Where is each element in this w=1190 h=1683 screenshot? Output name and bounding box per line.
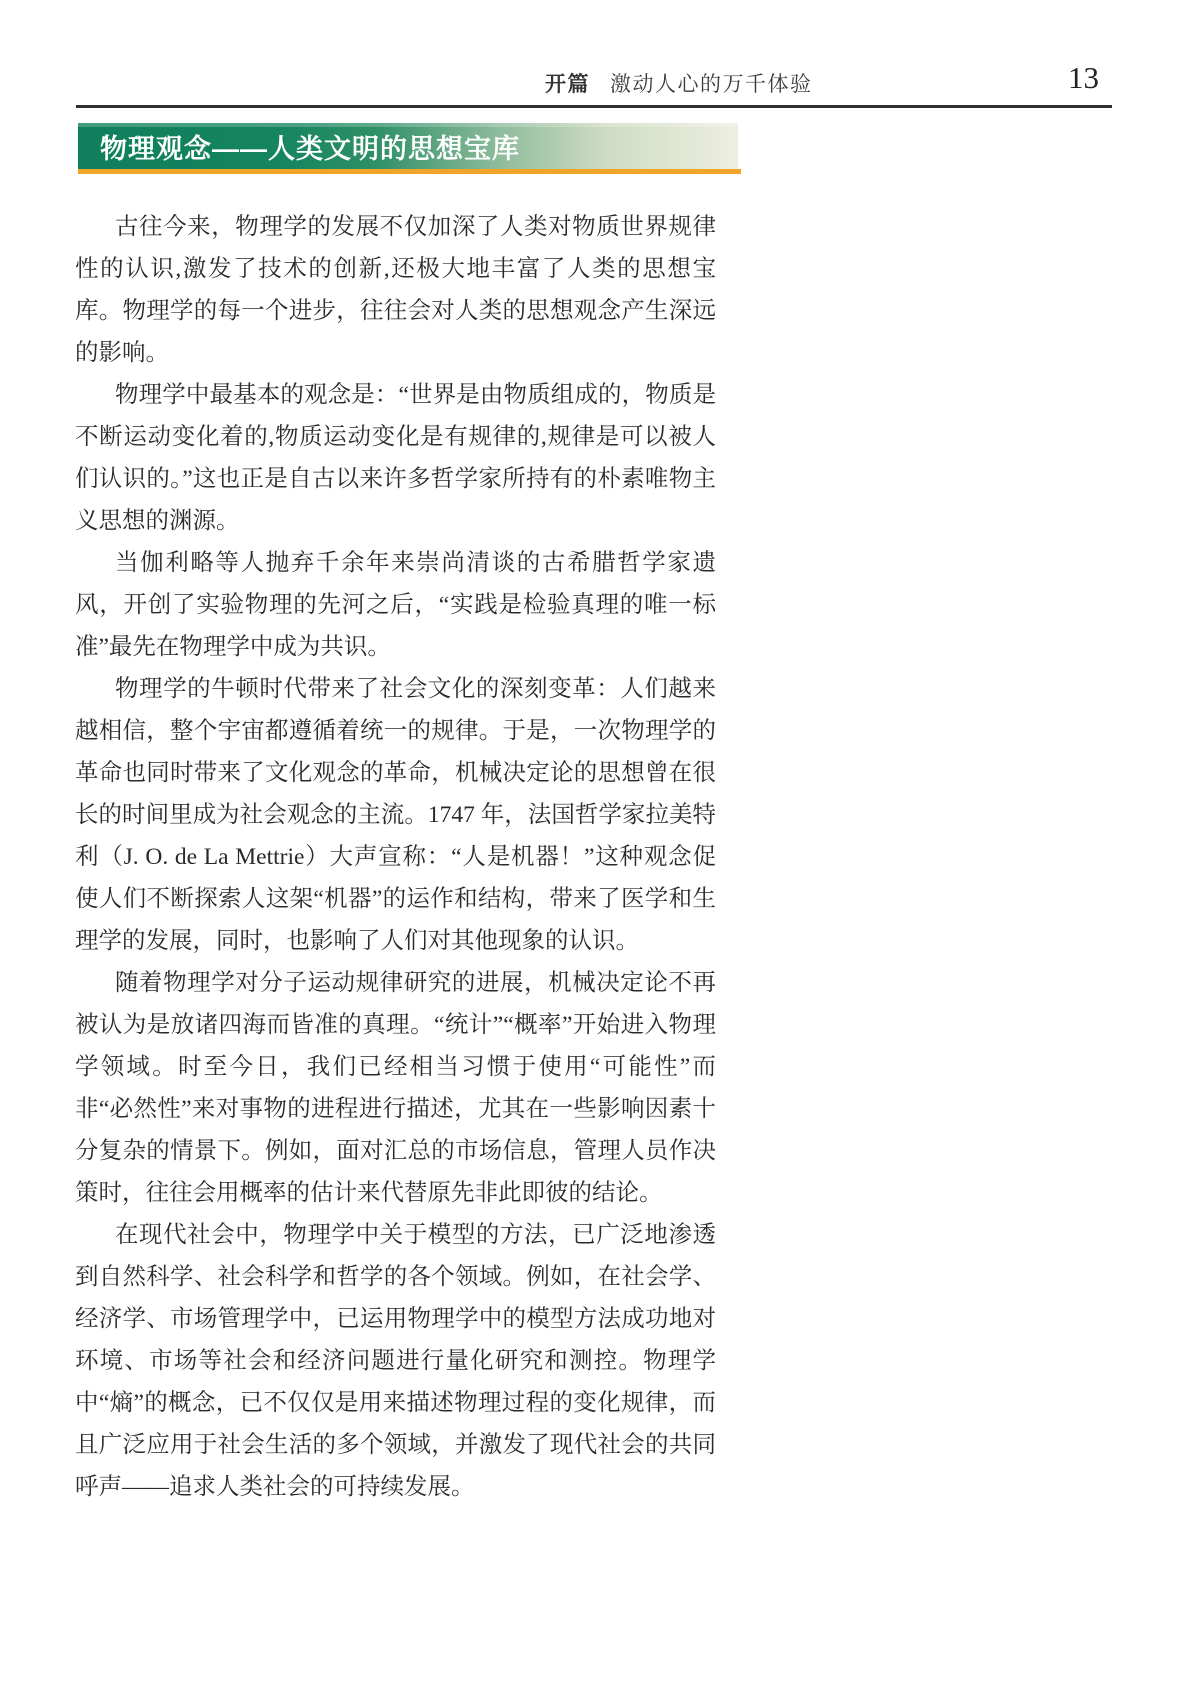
paragraph: 在现代社会中，物理学中关于模型的方法，已广泛地渗透到自然科学、社会科学和哲学的各… — [75, 1214, 716, 1508]
section-banner-title: 物理观念——人类文明的思想宝库 — [78, 127, 520, 166]
paragraph: 物理学中最基本的观念是：“世界是由物质组成的，物质是不断运动变化着的,物质运动变… — [75, 374, 716, 542]
textbook-page: 开篇激动人心的万千体验 13 物理观念——人类文明的思想宝库 古往今来，物理学的… — [0, 0, 1190, 1683]
running-head-title: 激动人心的万千体验 — [610, 72, 813, 96]
running-head: 开篇激动人心的万千体验 — [545, 70, 813, 98]
article-body: 古往今来，物理学的发展不仅加深了人类对物质世界规律性的认识,激发了技术的创新,还… — [75, 206, 716, 1508]
paragraph: 随着物理学对分子运动规律研究的进展，机械决定论不再被认为是放诸四海而皆准的真理。… — [75, 962, 716, 1214]
paragraph: 物理学的牛顿时代带来了社会文化的深刻变革：人们越来越相信，整个宇宙都遵循着统一的… — [75, 668, 716, 962]
running-head-section: 开篇 — [545, 72, 590, 96]
banner-underline — [78, 169, 741, 174]
paragraph: 当伽利略等人抛弃千余年来崇尚清谈的古希腊哲学家遗风，开创了实验物理的先河之后，“… — [75, 542, 716, 668]
page-number: 13 — [1068, 60, 1099, 96]
header-rule — [76, 105, 1112, 108]
paragraph: 古往今来，物理学的发展不仅加深了人类对物质世界规律性的认识,激发了技术的创新,还… — [75, 206, 716, 374]
section-banner: 物理观念——人类文明的思想宝库 — [78, 123, 738, 169]
